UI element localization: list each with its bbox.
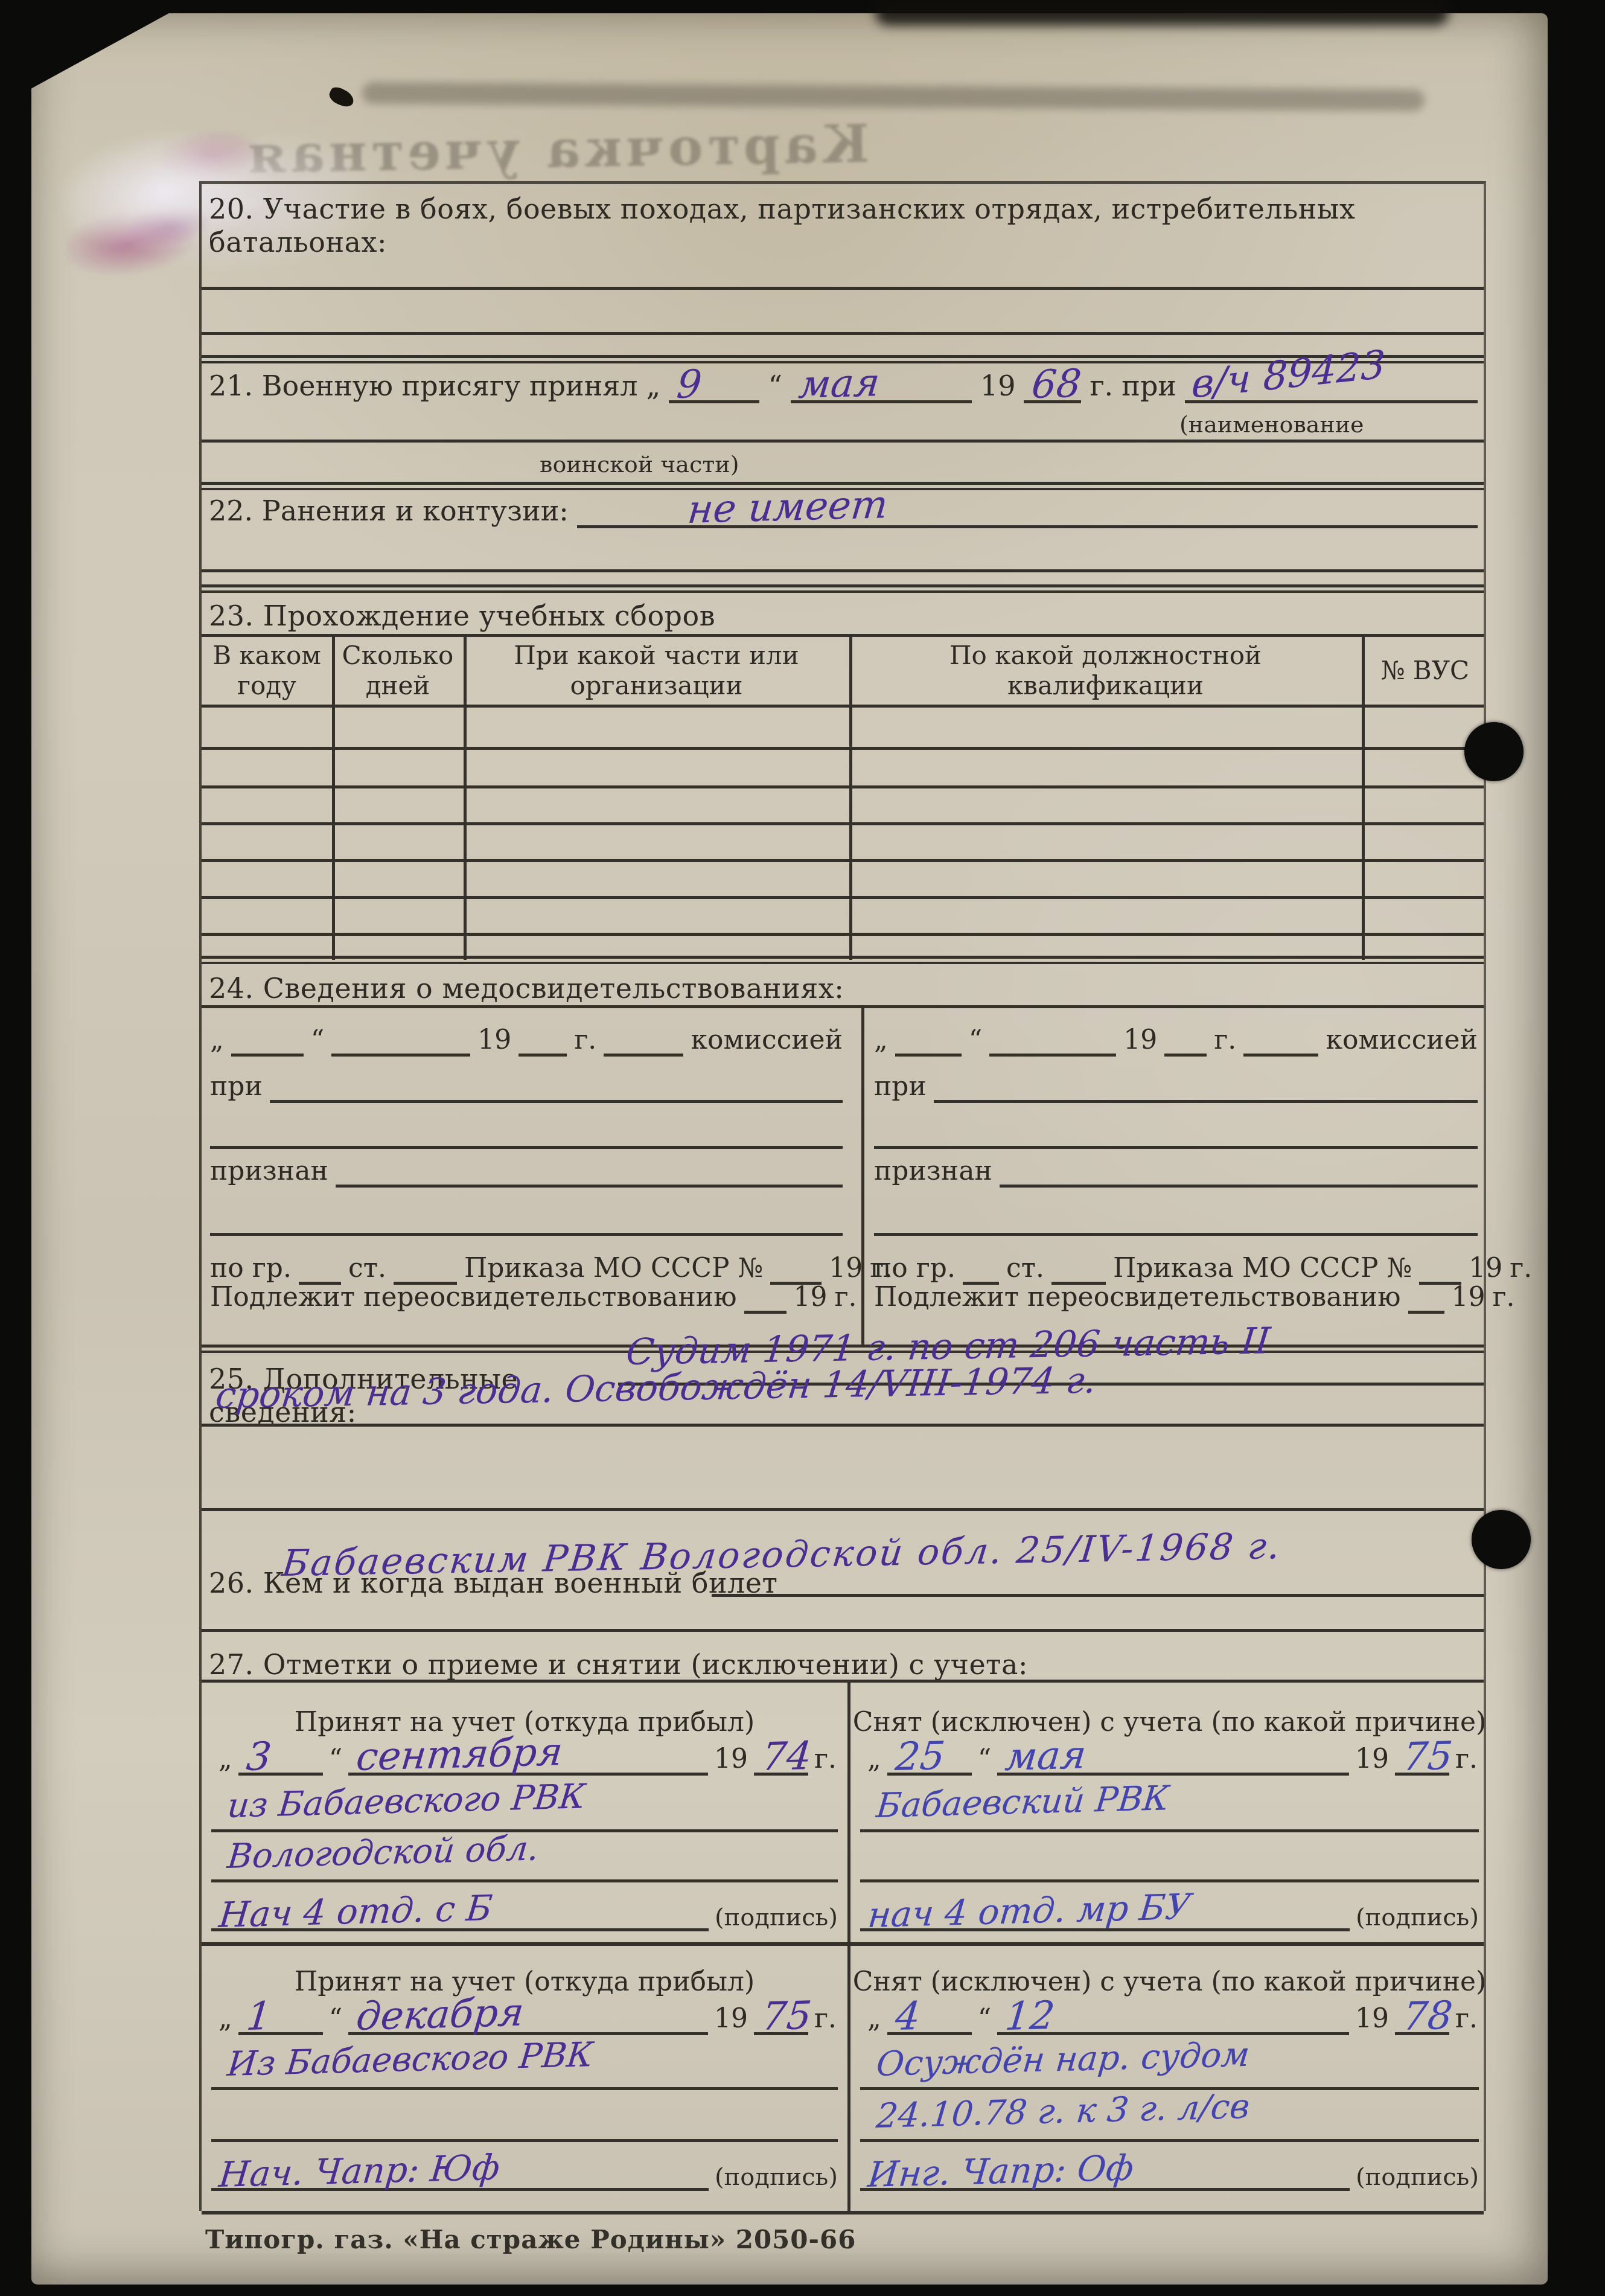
handwritten-unit: в/ч 89423 (1191, 342, 1386, 408)
blank-month: 12 (997, 2004, 1349, 2035)
year-prefix: 19 (714, 2003, 748, 2035)
blank (519, 1025, 567, 1057)
blank-line (202, 569, 1484, 572)
signature-line: Нач 4 отд. с Б (211, 1900, 709, 1931)
signature-caption: (подпись) (1356, 2163, 1479, 2191)
blank (895, 1025, 962, 1057)
table-blank-row-line (202, 933, 1484, 936)
handwritten-year: 75 (1401, 1734, 1455, 1780)
blank-day: 4 (887, 2004, 972, 2035)
year-prefix: 19 (794, 1282, 828, 1314)
blank-month: сентября (348, 1744, 708, 1776)
table-header-rule (202, 705, 1484, 708)
table-blank-row-line (202, 785, 1484, 788)
handwritten-month: мая (797, 360, 882, 408)
blank-day: 1 (238, 2004, 323, 2035)
blank-unit: в/ч 89423 (1185, 372, 1478, 403)
handwritten-from: Из Бабаевского РВК (226, 2035, 595, 2084)
handwritten-year: 68 (1030, 362, 1083, 408)
year-suffix: г. (1510, 1253, 1532, 1285)
blank-line (211, 2139, 838, 2142)
punch-hole-bottom (1472, 1510, 1531, 1569)
handwritten-region: Вологодской обл. (226, 1829, 541, 1876)
handwritten-signature: Инг. Чапр: Оф (866, 2147, 1135, 2195)
quote-open: „ (874, 1025, 888, 1057)
section-20-label: 20. Участие в боях, боевых походах, парт… (209, 193, 1484, 259)
section-27-label: 27. Отметки о приеме и снятии (исключени… (209, 1648, 1484, 1681)
quote-open: „ (219, 2003, 232, 2035)
blank-day: 9 (669, 372, 759, 403)
handwritten-year: 78 (1401, 1994, 1455, 2039)
blank-line (210, 1146, 843, 1149)
blank-day: 25 (887, 1744, 972, 1776)
pri-label: при (874, 1071, 927, 1103)
year-suffix: г. (574, 1025, 596, 1057)
handwritten-day: 4 (893, 1994, 922, 2039)
blank (336, 1156, 843, 1188)
handwritten-sentence: 24.10.78 г. к 3 г. л/св (875, 2087, 1251, 2136)
handwritten-signature: нач 4 отд. мр БУ (866, 1886, 1193, 1936)
accepted-cell-2: Принят на учет (откуда прибыл) „ 1 “ дек… (202, 1942, 847, 2218)
unit-caption-1: (наименование (1179, 411, 1484, 438)
accepted-cell-1: Принят на учет (откуда прибыл) „ 3 “ сен… (202, 1683, 847, 1942)
column-header-days: Сколько дней (332, 637, 464, 705)
column-header-year: В каком году (202, 637, 332, 705)
table-blank-row-line (202, 747, 1484, 750)
signature-caption: (подпись) (1356, 1904, 1479, 1931)
section-22-label: 22. Ранения и контузии: (209, 494, 569, 528)
removed-header: Снят (исключен) с учета (по какой причин… (850, 1707, 1489, 1738)
table-blank-row-line (202, 822, 1484, 825)
blank-line (211, 2087, 838, 2090)
blank (1408, 1282, 1444, 1314)
form-content-box: 20. Участие в боях, боевых походах, парт… (199, 181, 1486, 2211)
handwritten-day: 3 (244, 1735, 273, 1780)
year-suffix: г. (1455, 1744, 1478, 1776)
blank-line (712, 1594, 1484, 1597)
blank-line (860, 1829, 1479, 1832)
punch-hole-top (1464, 722, 1524, 781)
training-camps-table: В каком году Сколько дней При какой част… (202, 634, 1484, 960)
removed-cell-1: Снят (исключен) с учета (по какой причин… (850, 1683, 1489, 1942)
blank (934, 1072, 1478, 1103)
blank (1000, 1156, 1478, 1188)
column-header-vus: № ВУС (1362, 637, 1489, 705)
year-suffix: г. (1214, 1025, 1236, 1057)
handwritten-month: 12 (1003, 1994, 1057, 2039)
quote-open: „ (867, 2003, 881, 2035)
priznan-label: признан (210, 1156, 328, 1188)
blank-year: 75 (754, 2004, 808, 2035)
table-blank-row-line (202, 859, 1484, 862)
year-prefix: 19 (1355, 2003, 1389, 2035)
year-suffix: г. (1493, 1282, 1515, 1314)
commission-label: комиссией (1326, 1025, 1478, 1057)
handwritten-signature: Нач. Чапр: Юф (217, 2147, 502, 2195)
year-prefix: 19 (1355, 1744, 1389, 1776)
medical-exams-block: „ “ 19 г. комиссией при признан по (202, 1005, 1484, 1345)
blank-line (202, 332, 1484, 335)
blank (989, 1025, 1116, 1057)
quote-open: „ (867, 1744, 881, 1776)
pri-label: при (1122, 369, 1176, 403)
section-24: 24. Сведения о медосвидетельствованиях: (209, 972, 1484, 1005)
year-prefix: 19 (980, 369, 1016, 403)
quote-close: “ (768, 369, 782, 403)
table-blank-row-line (202, 896, 1484, 899)
blank-line (202, 1629, 1484, 1632)
podlezhit-label: Подлежит переосвидетельствованию (874, 1282, 1401, 1314)
blank-line (202, 287, 1484, 290)
handwritten-from: из Бабаевского РВК (226, 1777, 587, 1826)
handwritten-month: мая (1003, 1733, 1088, 1780)
table-column-separator (464, 637, 467, 960)
section-22: 22. Ранения и контузии: не имеет (209, 489, 1478, 528)
quote-close: “ (969, 1025, 983, 1057)
blank (1243, 1025, 1318, 1057)
blank-year: 74 (754, 1744, 808, 1776)
column-header-unit: При какой части или организации (464, 637, 849, 705)
year-suffix: г. (1455, 2003, 1478, 2035)
year-prefix: 19 (1123, 1025, 1157, 1057)
medical-column-right: „ “ 19 г. комиссией при признан по (866, 1008, 1489, 1345)
quote-close: “ (978, 2003, 992, 2035)
unit-caption-2: воинской части) (540, 451, 1484, 478)
print-shop-imprint: Типогр. газ. «На страже Родины» 2050-66 (205, 2225, 856, 2254)
year-suffix: г. (1090, 369, 1113, 403)
blank (604, 1025, 683, 1057)
handwritten-year: 75 (760, 1994, 814, 2039)
section-20: 20. Участие в боях, боевых походах, парт… (209, 193, 1484, 259)
quote-open: „ (219, 1744, 232, 1776)
handwritten-day: 1 (244, 1994, 273, 2039)
blank-line (860, 2139, 1479, 2142)
blank-month: мая (997, 1744, 1349, 1776)
top-edge-smear (875, 0, 1449, 25)
section-23-label: 23. Прохождение учебных сборов (209, 600, 1484, 633)
section-21-label: 21. Военную присягу принял (209, 369, 638, 403)
handwritten-day: 9 (675, 362, 704, 408)
handwritten-month: сентября (354, 1730, 564, 1780)
signature-caption: (подпись) (715, 2163, 838, 2191)
medical-column-left: „ “ 19 г. комиссией при признан по (202, 1008, 854, 1345)
blank-day: 3 (238, 1744, 323, 1776)
section-23: 23. Прохождение учебных сборов (209, 600, 1484, 633)
commission-label: комиссией (691, 1025, 843, 1057)
blank-month: декабря (348, 2004, 708, 2035)
year-prefix: 19 (1452, 1282, 1485, 1314)
removed-cell-2: Снят (исключен) с учета (по какой причин… (850, 1942, 1489, 2218)
handwritten-reason: Осуждён нар. судом (875, 2035, 1251, 2084)
year-prefix: 19 (477, 1025, 511, 1057)
blank-line (202, 440, 1484, 443)
blank-line (211, 1879, 838, 1882)
handwritten-month: декабря (354, 1991, 526, 2039)
removed-header: Снят (исключен) с учета (по какой причин… (850, 1966, 1489, 1997)
quote-open: „ (210, 1025, 224, 1057)
scanned-military-card-page: { "ghost": { "text": "Карточка учетная" … (0, 0, 1605, 2296)
year-suffix: г. (835, 1282, 857, 1314)
table-bottom-divider (202, 956, 1484, 964)
blank-line (202, 1508, 1484, 1511)
blank-wounds: не имеет (577, 497, 1478, 528)
blank (331, 1025, 470, 1057)
quote-close: “ (311, 1025, 325, 1057)
table-column-separator (1362, 637, 1365, 960)
blank (744, 1282, 787, 1314)
handwritten-signature: Нач 4 отд. с Б (217, 1887, 494, 1936)
blank-year: 75 (1395, 1744, 1449, 1776)
handwritten-year: 74 (760, 1734, 814, 1780)
blank-month: мая (791, 372, 972, 403)
column-header-qualification: По какой должностной квалификации (849, 637, 1362, 705)
blank-line (874, 1233, 1478, 1236)
blank-year: 68 (1024, 372, 1081, 403)
blank (1164, 1025, 1207, 1057)
blank-year: 78 (1395, 2004, 1449, 2035)
year-suffix: г. (814, 1744, 837, 1776)
handwritten-from: Бабаевский РВК (875, 1779, 1171, 1826)
blank-line (210, 1233, 843, 1236)
handwritten-day: 25 (893, 1734, 947, 1780)
blank (231, 1025, 304, 1057)
medical-center-divider (861, 1008, 864, 1345)
handwritten-wounds: не имеет (686, 482, 890, 532)
signature-line: нач 4 отд. мр БУ (860, 1900, 1350, 1931)
quote-close: “ (329, 1744, 343, 1776)
signature-line: Инг. Чапр: Оф (860, 2160, 1350, 2191)
quote-open: „ (646, 369, 661, 403)
blank (270, 1072, 843, 1103)
quote-close: “ (978, 1744, 992, 1776)
blank-line (860, 1879, 1479, 1882)
table-column-separator (332, 637, 335, 960)
table-column-separator (849, 637, 852, 960)
podlezhit-label: Подлежит переосвидетельствованию (210, 1282, 737, 1314)
registration-grid: Принят на учет (откуда прибыл) „ 3 “ сен… (202, 1680, 1484, 2214)
section-24-label: 24. Сведения о медосвидетельствованиях: (209, 972, 1484, 1005)
signature-caption: (подпись) (715, 1904, 838, 1931)
year-prefix: 19 (714, 1744, 748, 1776)
year-suffix: г. (814, 2003, 837, 2035)
blank-line (874, 1146, 1478, 1149)
ghost-mirrored-title: Карточка учетная (374, 114, 870, 183)
priznan-label: признан (874, 1156, 992, 1188)
section-21: 21. Военную присягу принял „ 9 “ мая 19 … (209, 362, 1478, 403)
section-divider (202, 584, 1484, 593)
quote-close: “ (329, 2003, 343, 2035)
pri-label: при (210, 1071, 263, 1103)
signature-line: Нач. Чапр: Юф (211, 2160, 709, 2191)
blank-line (202, 1424, 1484, 1427)
